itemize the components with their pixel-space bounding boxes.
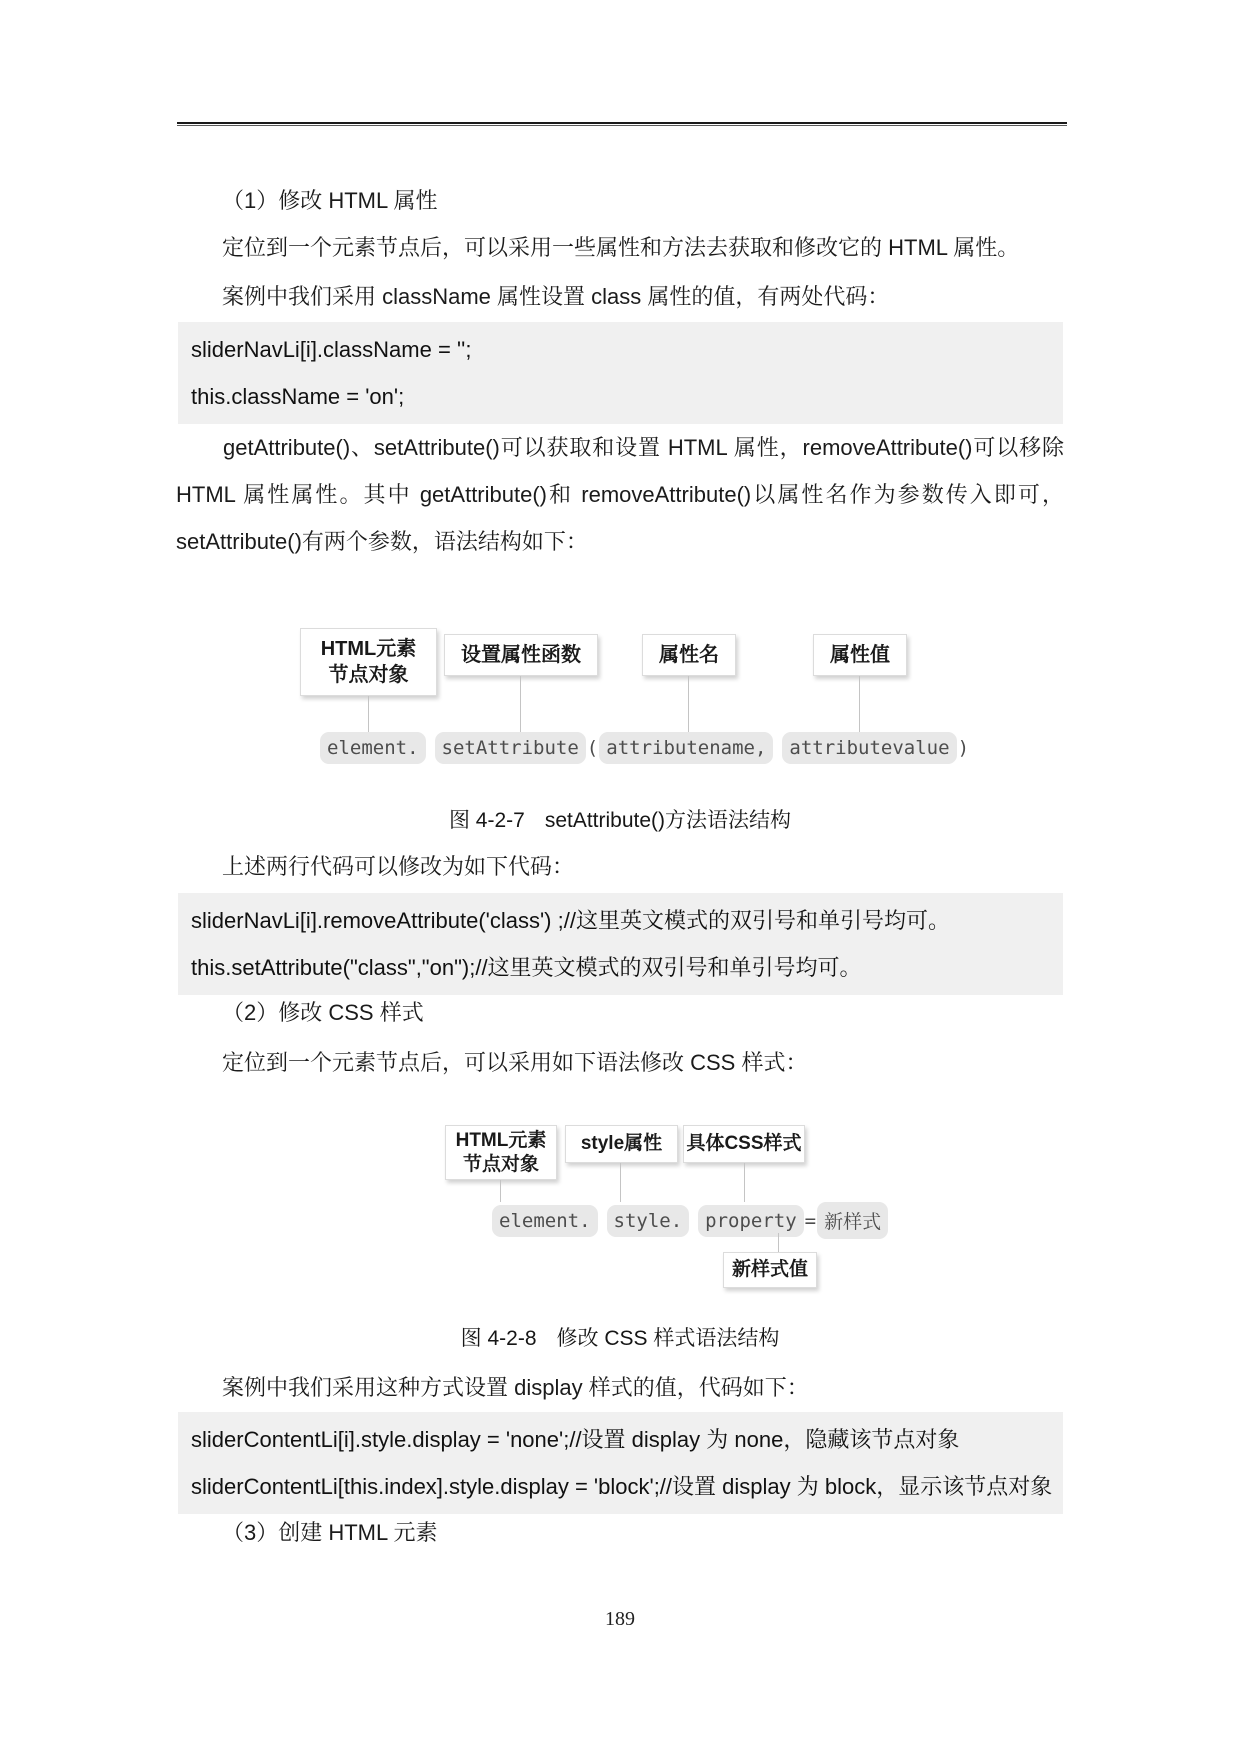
- code-block-1: sliderNavLi[i].className = ''; this.clas…: [178, 322, 1063, 424]
- connector-line: [368, 696, 369, 732]
- diagram-label-attribute-value: 属性值: [813, 634, 907, 676]
- diagram-label-html-element-node: HTML元素 节点对象: [300, 628, 437, 696]
- diagram-label-attribute-name: 属性名: [642, 634, 736, 676]
- code-segment-attributename: attributename,: [599, 732, 773, 764]
- code-segment-equals: =: [804, 1205, 817, 1237]
- figure-number: 图 4-2-8: [461, 1327, 537, 1350]
- page-number: 189: [0, 1608, 1240, 1631]
- section-heading-3: （3）创建 HTML 元素: [222, 1518, 438, 1548]
- figure-title: 修改 CSS 样式语法结构: [557, 1327, 780, 1350]
- code-segment-property: property: [698, 1205, 804, 1237]
- diagram-label-new-style-value: 新样式值: [723, 1252, 817, 1288]
- diagram-label-text: 节点对象: [329, 662, 409, 688]
- code-segment-element: element.: [492, 1205, 598, 1237]
- connector-line: [859, 676, 860, 732]
- syntax-code-line: element. style. property = 新样式: [492, 1202, 888, 1239]
- code-line: sliderNavLi[i].className = '';: [178, 326, 1063, 373]
- figure-number: 图 4-2-7: [449, 809, 525, 832]
- figure-setattribute-syntax: HTML元素 节点对象 设置属性函数 属性名 属性值 element. setA…: [0, 610, 1240, 785]
- code-line: this.className = 'on';: [178, 373, 1063, 420]
- code-block-2: sliderNavLi[i].removeAttribute('class') …: [178, 893, 1063, 995]
- diagram-label-style-attribute: style属性: [565, 1125, 678, 1163]
- code-line: sliderNavLi[i].removeAttribute('class') …: [178, 897, 1063, 944]
- diagram-label-specific-css-style: 具体CSS样式: [683, 1125, 805, 1163]
- code-block-3: sliderContentLi[i].style.display = 'none…: [178, 1412, 1063, 1514]
- diagram-label-html-element-node: HTML元素 节点对象: [445, 1125, 557, 1180]
- code-segment-open-paren: (: [586, 732, 599, 764]
- header-rule: [177, 122, 1067, 126]
- document-page: （1）修改 HTML 属性 定位到一个元素节点后，可以采用一些属性和方法去获取和…: [0, 0, 1240, 1753]
- figure-caption-1: 图 4-2-7setAttribute()方法语法结构: [0, 806, 1240, 836]
- diagram-label-set-attribute-function: 设置属性函数: [444, 634, 598, 676]
- connector-line: [744, 1163, 745, 1202]
- connector-line: [778, 1233, 779, 1252]
- paragraph-3: getAttribute()、setAttribute()可以获取和设置 HTM…: [176, 424, 1064, 565]
- code-line: this.setAttribute("class","on");//这里英文模式…: [178, 944, 1063, 991]
- code-segment-element: element.: [320, 732, 426, 764]
- section-heading-1: （1）修改 HTML 属性: [222, 186, 438, 216]
- figure-caption-2: 图 4-2-8修改 CSS 样式语法结构: [0, 1324, 1240, 1354]
- figure-title: setAttribute()方法语法结构: [545, 809, 791, 832]
- syntax-code-line: element. setAttribute ( attributename, a…: [320, 732, 970, 764]
- connector-line: [620, 1163, 621, 1202]
- code-line: sliderContentLi[i].style.display = 'none…: [178, 1416, 1063, 1463]
- connector-line: [520, 676, 521, 732]
- paragraph-1: 定位到一个元素节点后，可以采用一些属性和方法去获取和修改它的 HTML 属性。: [222, 233, 1019, 263]
- code-segment-attributevalue: attributevalue: [782, 732, 956, 764]
- paragraph-6: 案例中我们采用这种方式设置 display 样式的值，代码如下：: [222, 1373, 809, 1403]
- diagram-label-text: HTML元素: [321, 636, 417, 662]
- code-segment-style: style.: [607, 1205, 690, 1237]
- diagram-label-text: 节点对象: [463, 1153, 539, 1177]
- code-segment-close-paren: ): [957, 732, 970, 764]
- diagram-label-text: HTML元素: [456, 1129, 547, 1153]
- code-line: sliderContentLi[this.index].style.displa…: [178, 1463, 1063, 1510]
- code-segment-new-style: 新样式: [817, 1202, 888, 1239]
- paragraph-2: 案例中我们采用 className 属性设置 class 属性的值，有两处代码：: [222, 282, 889, 312]
- section-heading-2: （2）修改 CSS 样式: [222, 998, 424, 1028]
- paragraph-4: 上述两行代码可以修改为如下代码：: [222, 852, 574, 882]
- figure-css-style-syntax: HTML元素 节点对象 style属性 具体CSS样式 element. sty…: [0, 1115, 1240, 1305]
- connector-line: [688, 676, 689, 732]
- connector-line: [500, 1180, 501, 1202]
- paragraph-5: 定位到一个元素节点后，可以采用如下语法修改 CSS 样式：: [222, 1048, 807, 1078]
- code-segment-setattribute: setAttribute: [435, 732, 586, 764]
